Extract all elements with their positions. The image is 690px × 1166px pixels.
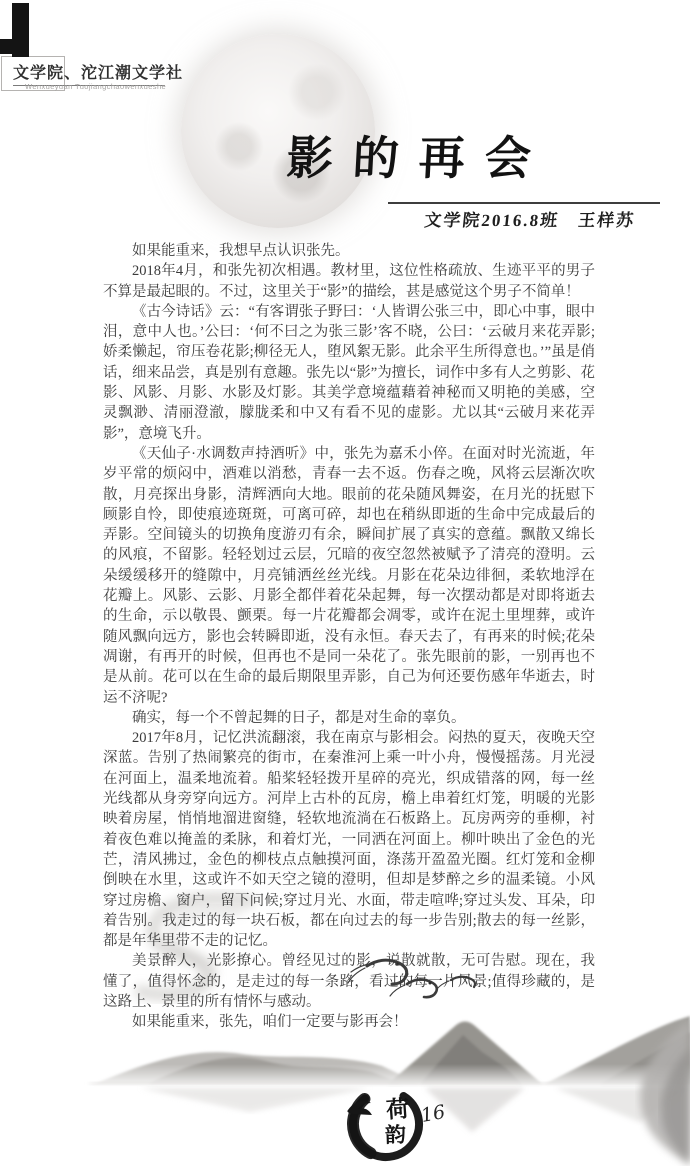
magazine-page: 文学院、沱江潮文学社 Wenxueyuan Tuojiangchaowenxue…: [0, 0, 690, 1166]
ink-smoke-wisp-right-icon: [580, 1020, 690, 1166]
paragraph: 《天仙子·水调数声持酒听》中，张先为嘉禾小倅。在面对时光流逝，年岁平常的烦闷中，…: [103, 444, 595, 708]
article-byline: 文学院2016.8班 王样苏: [397, 206, 664, 231]
article-title: 影的再会: [285, 122, 552, 188]
paragraph: 如果能重来，我想早点认识张先。: [103, 241, 595, 261]
paragraph: 确实，每一个不曾起舞的日子，都是对生命的辜负。: [103, 708, 595, 728]
paragraph: 如果能重来，张先，咱们一定要与影再会！: [103, 1012, 595, 1032]
page-number: 16: [419, 1101, 447, 1127]
article-body: 如果能重来，我想早点认识张先。 2018年4月，和张先初次相遇。教材里，这位性格…: [103, 241, 595, 1033]
logo-character-bottom: 韵: [384, 1119, 406, 1150]
masthead-corner-square: [0, 39, 12, 54]
title-underline: [388, 202, 660, 204]
masthead-bar: [12, 3, 29, 57]
paragraph: 2017年8月，记忆洪流翻滚，我在南京与影相会。闷热的夏天，夜晚天空深蓝。告别了…: [103, 728, 595, 951]
paragraph: 《古今诗话》云：“有客谓张子野曰：‘人皆谓公张三中，即心中事，眼中泪，意中人也。…: [103, 302, 595, 444]
society-name-pinyin: Wenxueyuan Tuojiangchaowenxueshe: [25, 82, 166, 91]
paragraph: 2018年4月，和张先初次相遇。教材里，这位性格疏放、生迹平平的男子不算是最起眼…: [103, 261, 595, 302]
paragraph: 美景醉人，光影撩心。曾经见过的影，说散就散，无可告慰。现在，我懂了，值得怀念的，…: [103, 951, 595, 1012]
